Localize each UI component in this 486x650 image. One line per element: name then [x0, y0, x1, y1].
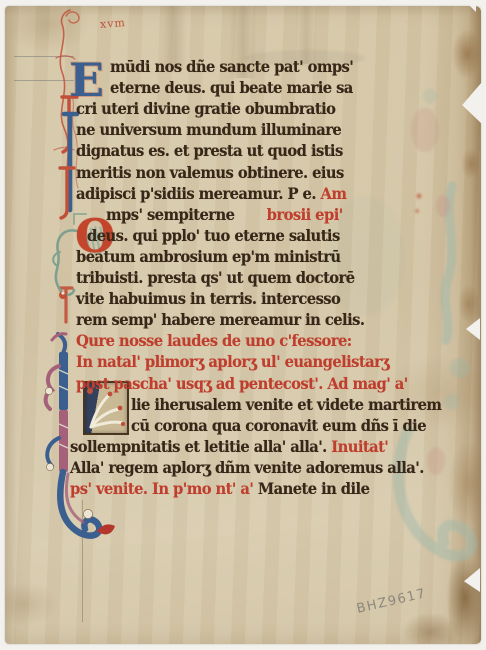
body-text: vite habuimus in terris. intercesso [76, 289, 340, 308]
body-text: eterne deus. qui beate marie sa [110, 78, 353, 97]
body-text: dignatus es. et presta ut quod istis [76, 141, 343, 160]
text-line: mūdi nos dñe sancte pat' omps' [110, 57, 353, 76]
text-line: beatum ambrosium ep'm ministrū [76, 247, 341, 266]
rubric-text: Am [316, 184, 346, 203]
body-text: beatum ambrosium ep'm ministrū [76, 247, 341, 266]
text-line: cri uteri divine gratie obumbratio [76, 99, 335, 118]
text-line: mps' sempiternebrosii epi' [106, 205, 343, 224]
text-line: dignatus es. et presta ut quod istis [76, 141, 343, 160]
body-text: ne universum mundum illuminare [76, 120, 341, 139]
body-text: mūdi nos dñe sancte pat' omps' [110, 57, 353, 76]
rubric-text: ps' venite. [70, 479, 152, 498]
text-line: meritis non valemus obtinere. eius [76, 163, 344, 182]
text-line: rem semp' habere mereamur in celis. [76, 310, 364, 329]
body-text: Alla' regem aplorʒ dñm venite adoremus a… [70, 458, 424, 477]
body-text: Manete in dile [258, 479, 370, 498]
text-block: mūdi nos dñe sancte pat' omps'eterne deu… [0, 0, 486, 650]
text-line: Alla' regem aplorʒ dñm venite adoremus a… [70, 458, 424, 477]
rubric-text: brosii epi' [267, 205, 343, 224]
text-line: ne universum mundum illuminare [76, 120, 341, 139]
text-line: In natal' plimorʒ aplorʒ ul' euangelista… [76, 352, 389, 371]
rubric-text: In p'mo nt' a' [152, 479, 258, 498]
text-line: adipisci p'sidiis mereamur. P e. Am [76, 184, 346, 203]
text-line: tribuisti. presta qs' ut quem doctorē [76, 268, 355, 287]
body-text: cri uteri divine gratie obumbratio [76, 99, 335, 118]
body-text: rem semp' habere mereamur in celis. [76, 310, 364, 329]
text-line: ps' venite. In p'mo nt' a' Manete in dil… [70, 479, 369, 498]
rubric-text: post pascha' usqʒ ad pentecost'. Ad mag'… [76, 374, 408, 393]
text-line: post pascha' usqʒ ad pentecost'. Ad mag'… [76, 374, 408, 393]
text-line: cū corona qua coronavit eum dñs ī die [131, 416, 426, 435]
text-line: vite habuimus in terris. intercesso [76, 289, 340, 308]
rubric-text: Inuitat' [327, 437, 389, 456]
body-text: cū corona qua coronavit eum dñs ī die [131, 416, 426, 435]
body-text: tribuisti. presta qs' ut quem doctorē [76, 268, 355, 287]
body-text: lie iherusalem venite et videte martirem [131, 395, 441, 414]
body-text: mps' sempiterne [106, 205, 234, 224]
body-text: deus. qui pplo' tuo eterne salutis [87, 226, 340, 245]
text-line: sollempnitatis et letitie alla' alla'. I… [70, 437, 388, 456]
photo-stage: E O xvm BHZ9617 mūdi nos dñe sancte pat'… [0, 0, 486, 650]
rubric-text: Qure nosse laudes de uno c'fessore: [76, 331, 352, 350]
text-line: eterne deus. qui beate marie sa [110, 78, 353, 97]
text-line: deus. qui pplo' tuo eterne salutis [87, 226, 340, 245]
body-text: sollempnitatis et letitie alla' alla'. [70, 437, 327, 456]
body-text: adipisci p'sidiis mereamur. P e. [76, 184, 316, 203]
text-line: Qure nosse laudes de uno c'fessore: [76, 331, 352, 350]
body-text: meritis non valemus obtinere. eius [76, 163, 344, 182]
text-line: lie iherusalem venite et videte martirem [131, 395, 441, 414]
rubric-text: In natal' plimorʒ aplorʒ ul' euangelista… [76, 352, 389, 371]
